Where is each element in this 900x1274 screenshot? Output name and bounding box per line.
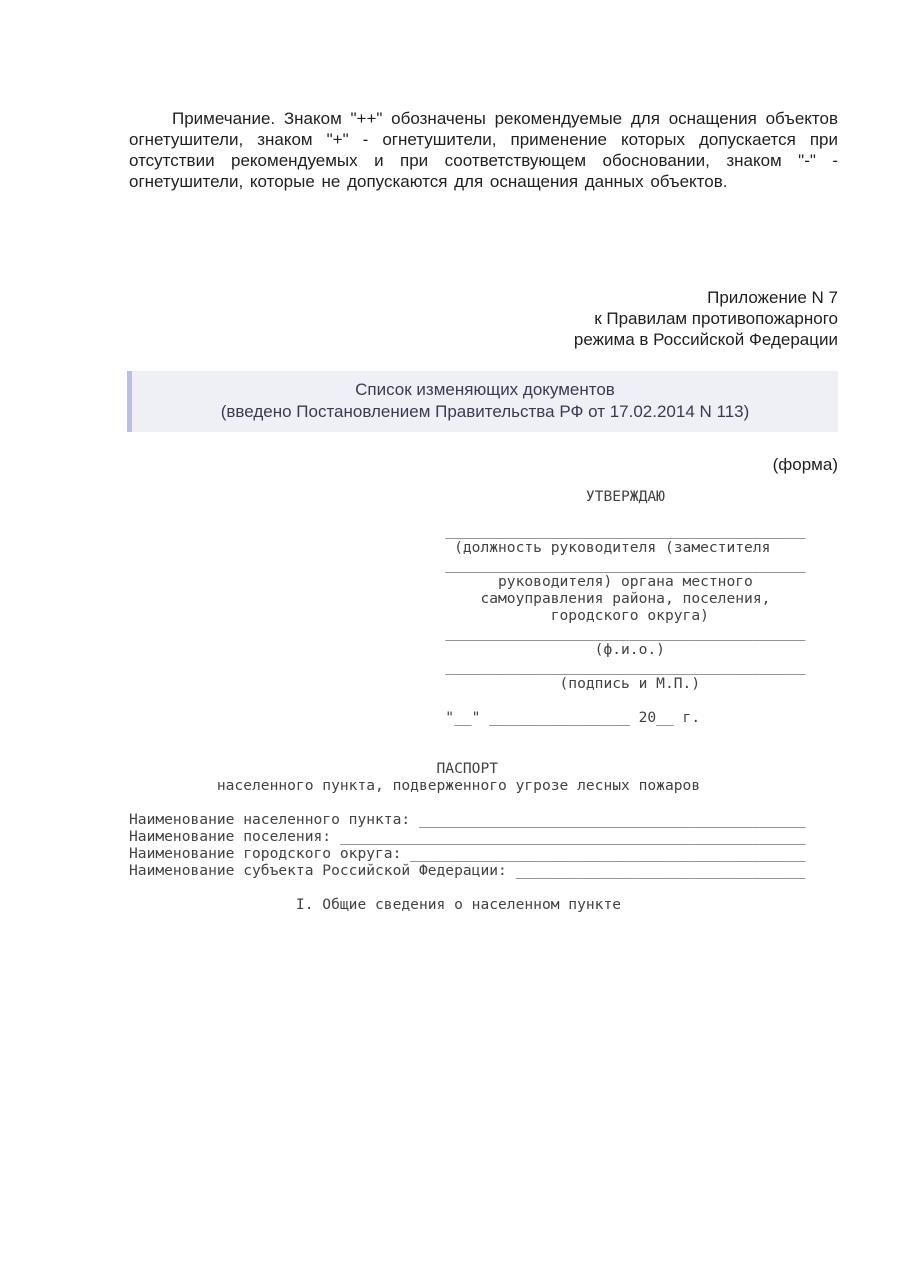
forma-label: (форма): [129, 454, 838, 475]
form-preformatted-block: УТВЕРЖДАЮ ______________________________…: [129, 488, 838, 913]
appendix-line-1: Приложение N 7: [129, 287, 838, 308]
amendments-box-subtitle: (введено Постановлением Правительства РФ…: [142, 401, 828, 423]
appendix-block: Приложение N 7 к Правилам противопожарно…: [129, 287, 838, 350]
appendix-line-2: к Правилам противопожарного: [129, 308, 838, 329]
note-paragraph: Примечание. Знаком "++" обозначены реком…: [129, 108, 838, 192]
appendix-line-3: режима в Российской Федерации: [129, 329, 838, 350]
amendments-box-title: Список изменяющих документов: [142, 379, 828, 401]
document-page: Примечание. Знаком "++" обозначены реком…: [0, 0, 900, 1274]
amendments-box: Список изменяющих документов (введено По…: [127, 371, 838, 432]
